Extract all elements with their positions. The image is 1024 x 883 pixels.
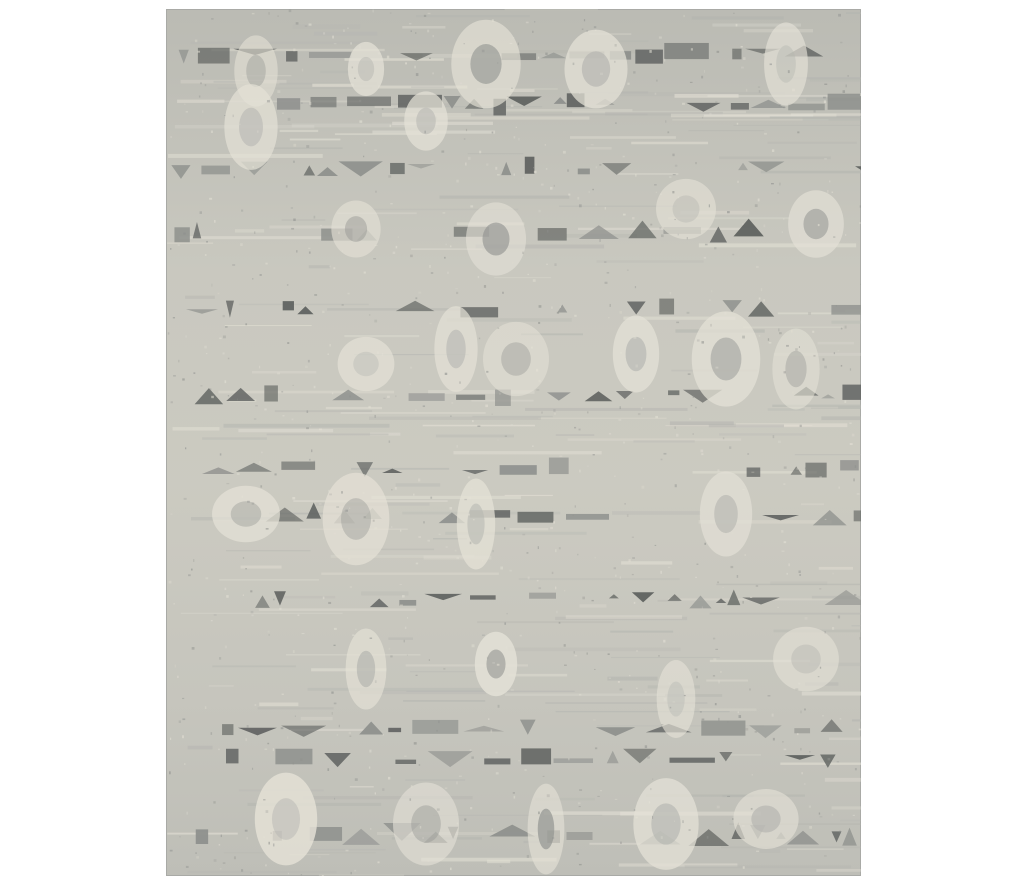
rug-image <box>166 9 861 876</box>
rug-pattern <box>166 9 861 876</box>
